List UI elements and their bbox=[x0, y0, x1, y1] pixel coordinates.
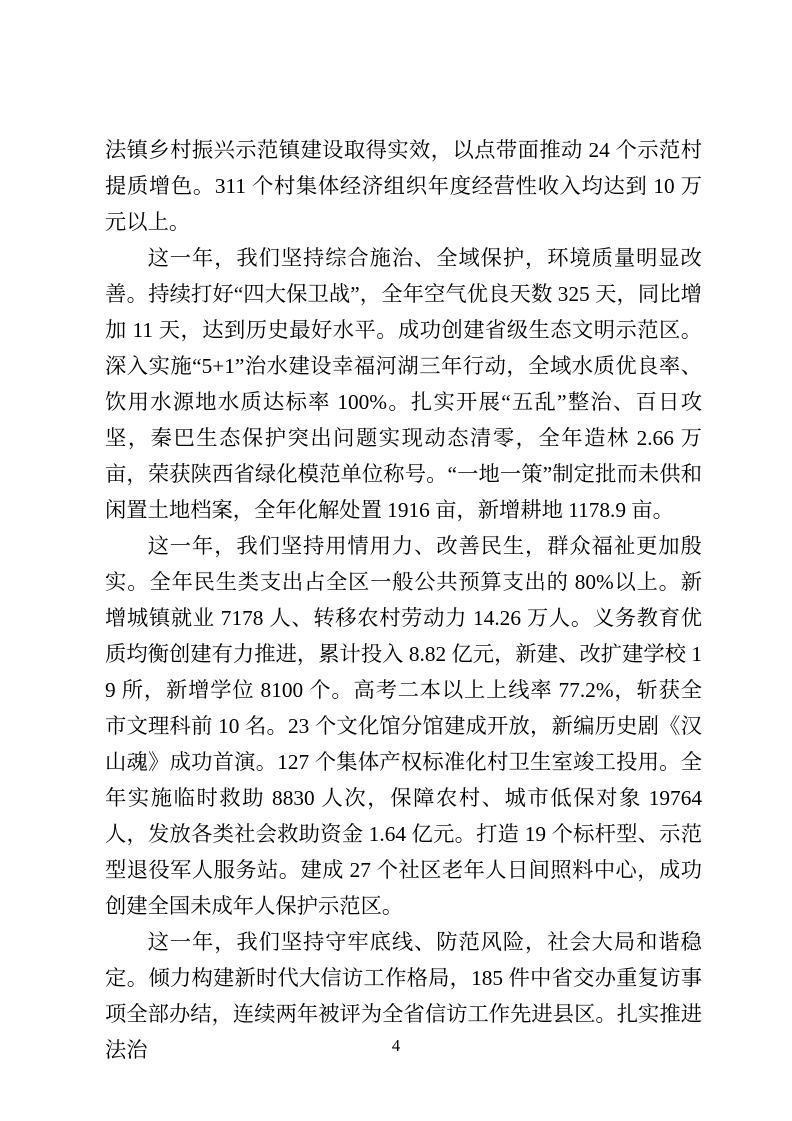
paragraph-body: 持续打好“四大保卫战”，全年空气优良天数 325 天，同比增加 11 天，达到历… bbox=[105, 282, 702, 522]
paragraph: 法镇乡村振兴示范镇建设取得实效，以点带面推动 24 个示范村提质增色。311 个… bbox=[105, 132, 702, 240]
paragraph: 这一年，我们坚持综合施治、全域保护，环境质量明显改善。持续打好“四大保卫战”，全… bbox=[105, 240, 702, 528]
paragraph-body: 全年民生类支出占全区一般公共预算支出的 80%以上。新增城镇就业 7178 人、… bbox=[105, 570, 702, 918]
document-page: 法镇乡村振兴示范镇建设取得实效，以点带面推动 24 个示范村提质增色。311 个… bbox=[0, 0, 792, 1121]
document-body: 法镇乡村振兴示范镇建设取得实效，以点带面推动 24 个示范村提质增色。311 个… bbox=[105, 132, 702, 1068]
paragraph-body: 法镇乡村振兴示范镇建设取得实效，以点带面推动 24 个示范村提质增色。311 个… bbox=[105, 138, 702, 234]
page-number: 4 bbox=[0, 1035, 792, 1057]
paragraph: 这一年，我们坚持用情用力、改善民生，群众福祉更加殷实。全年民生类支出占全区一般公… bbox=[105, 528, 702, 924]
